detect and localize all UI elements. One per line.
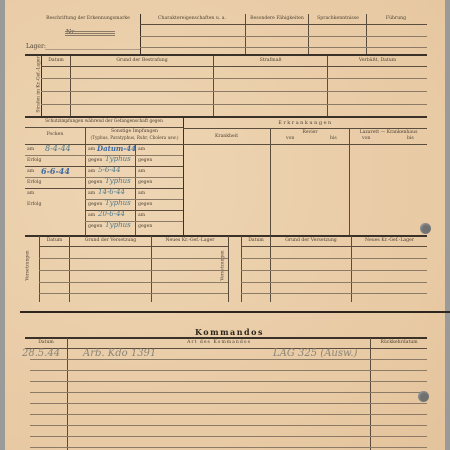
col-hospital: Lazarett — Krankenhaus (350, 131, 427, 136)
header-row-line (140, 24, 427, 25)
row-label-against: gegen (88, 203, 102, 208)
col-new-camp: Neues Kr.-Gef.-Lager (152, 239, 228, 244)
row-line (85, 221, 183, 222)
row-label-result: Erfolg (27, 159, 41, 164)
col-to: bis (407, 137, 414, 142)
col-other-vacc: Sonstige Impfungen (86, 130, 183, 135)
row-label-against: gegen (138, 225, 152, 230)
vaccinations-title: Schutzimpfungen während der Gefangenscha… (25, 120, 183, 124)
section-rule (25, 54, 427, 56)
row-line (30, 425, 427, 426)
row-line (41, 78, 427, 79)
camp-line (45, 49, 140, 50)
row-line (39, 258, 228, 259)
row-label-am: am (88, 192, 95, 197)
col-languages: Sprachkenntnisse (309, 17, 367, 22)
row-line (39, 293, 228, 294)
row-line (39, 270, 228, 271)
transfers-side-label-right: Versetzungen (221, 241, 226, 291)
row-line (30, 370, 427, 371)
divider (67, 338, 68, 450)
row-line (30, 414, 427, 415)
col-infirmary: Revier (271, 131, 349, 136)
vacc-date-4: 20-6-44 (98, 211, 125, 218)
row-line (241, 270, 427, 271)
divider (135, 144, 136, 236)
fold-line (20, 311, 450, 313)
row-label-against: gegen (88, 159, 102, 164)
row-line (30, 436, 427, 437)
col-other-vacc-sub: (Typhus, Paratyphus, Ruhr, Cholera usw.) (86, 136, 183, 140)
row-line (25, 127, 183, 128)
col-character: Charaktereigenschaften u. a. (142, 17, 242, 22)
col-kommando-type: Art des Kommandos (68, 341, 370, 346)
row-label-am: am (138, 170, 145, 175)
divider (270, 128, 271, 236)
transfers-side-label-left: Versetzungen (26, 241, 31, 291)
row-line (25, 177, 183, 178)
col-smallpox: Pocken (25, 133, 85, 138)
divider (349, 128, 350, 236)
row-label-against: gegen (138, 181, 152, 186)
row-line (41, 104, 427, 105)
section-rule (25, 116, 427, 118)
row-line (30, 403, 427, 404)
divider (70, 56, 71, 116)
col-new-camp: Neues Kr.-Gef.-Lager (352, 239, 427, 244)
col-date: Datum (42, 59, 70, 64)
camp-label: Lager: (26, 44, 46, 50)
kommando-note-1: LAG 325 (Ausw.) (273, 349, 357, 359)
col-return-date: Rückkehrdatum (371, 341, 427, 346)
row-label-am: am (138, 148, 145, 153)
divider (41, 56, 42, 116)
nr-line (65, 31, 115, 32)
row-line (241, 258, 427, 259)
divider (370, 338, 371, 450)
smallpox-date-2: 6-6-44 (41, 167, 70, 175)
kommandos-title: Kommandos (195, 327, 264, 337)
row-line (41, 91, 427, 92)
section-rule (25, 337, 427, 339)
divider (213, 56, 214, 116)
kommando-kind-1: Arb. Kdo 1391 (83, 349, 156, 359)
col-conduct: Führung (367, 17, 425, 22)
row-label-against: gegen (138, 203, 152, 208)
col-to: bis (330, 137, 337, 142)
row-label-am: am (88, 148, 95, 153)
row-label-result: Erfolg (27, 203, 41, 208)
row-line (140, 47, 427, 48)
row-label-am: am (88, 214, 95, 219)
pow-record-card: Beschriftung der Erkennungsmarke Nr. Lag… (5, 0, 445, 450)
section-rule (25, 235, 427, 237)
nr-line (65, 35, 115, 36)
vacc-type-4: Typhus (105, 222, 131, 229)
row-line (41, 66, 427, 67)
row-label-am: am (27, 192, 34, 197)
row-label-am: am (138, 214, 145, 219)
row-line (30, 392, 427, 393)
row-line (140, 36, 427, 37)
row-line (39, 246, 228, 247)
col-from: von (286, 137, 294, 142)
divider (228, 236, 229, 302)
smallpox-date-1: 8-4-44 (45, 145, 71, 153)
row-label-result: Erfolg (27, 181, 41, 186)
row-label-am: am (27, 170, 34, 175)
col-penalty: Strafmaß (214, 59, 327, 64)
punch-hole (418, 391, 429, 402)
row-line (85, 199, 183, 200)
row-line (30, 381, 427, 382)
vacc-date-2: 5-6-44 (98, 167, 121, 174)
punch-hole (420, 223, 431, 234)
col-from: von (362, 137, 370, 142)
kommando-date-1: 28.5.44 (22, 349, 60, 359)
col-transfer-reason: Grund der Versetzung (271, 239, 351, 244)
row-line (241, 246, 427, 247)
col-transfer-reason: Grund der Versetzung (70, 239, 151, 244)
col-reason: Grund der Bestrafung (71, 59, 213, 64)
row-label-am: am (88, 170, 95, 175)
row-label-against: gegen (138, 159, 152, 164)
row-line (25, 144, 427, 145)
row-label-against: gegen (88, 225, 102, 230)
vacc-type-1: Typhus (105, 156, 131, 163)
col-served-date: Verbüßt, Datum (328, 59, 427, 64)
row-label-am: am (27, 148, 34, 153)
nr-line (65, 33, 115, 34)
row-label-am: am (138, 192, 145, 197)
col-date: Datum (25, 341, 67, 346)
vacc-date-3: 14-6-44 (98, 189, 125, 196)
illnesses-title: Erkrankungen (184, 121, 427, 126)
identity-tag-label: Beschriftung der Erkennungsmarke (43, 17, 133, 22)
vacc-type-3: Typhus (105, 200, 131, 207)
row-line (241, 293, 427, 294)
row-label-against: gegen (88, 181, 102, 186)
col-date: Datum (242, 239, 270, 244)
row-line (30, 359, 427, 360)
col-date: Datum (40, 239, 69, 244)
row-line (241, 282, 427, 283)
vacc-type-2: Typhus (105, 178, 131, 185)
row-line (25, 155, 183, 156)
row-line (30, 447, 427, 448)
col-abilities: Besondere Fähigkeiten (246, 17, 308, 22)
col-illness: Krankheit (184, 135, 269, 140)
divider (327, 56, 328, 116)
row-line (183, 128, 427, 129)
vacc-date-1: Datum-44 (97, 145, 136, 152)
row-line (39, 282, 228, 283)
